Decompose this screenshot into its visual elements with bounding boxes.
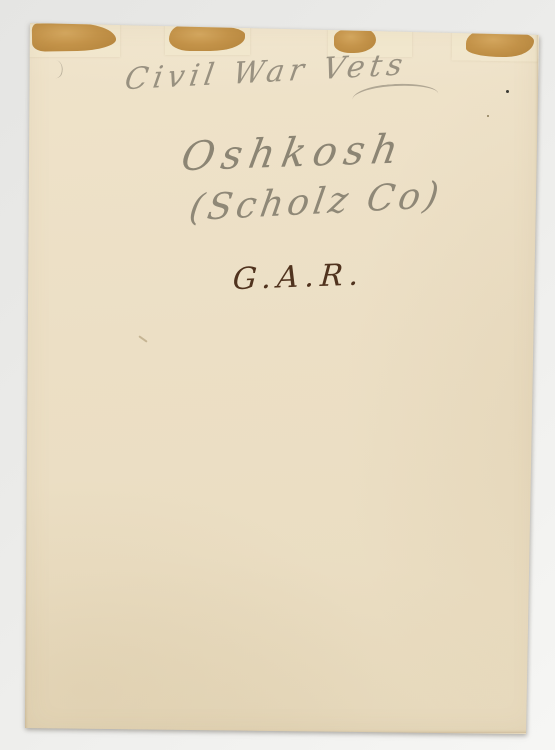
paper-shadow: Civil War Vets Oshkosh (Scholz Co) G.A.R…	[0, 0, 555, 750]
paper-scratch	[138, 335, 147, 342]
scan-backdrop: Civil War Vets Oshkosh (Scholz Co) G.A.R…	[0, 0, 555, 750]
paper-speck	[487, 115, 489, 117]
paper-speck	[506, 90, 509, 93]
handwriting-line-oshkosh: Oshkosh	[178, 126, 409, 180]
photo-back-paper: Civil War Vets Oshkosh (Scholz Co) G.A.R…	[0, 0, 555, 750]
tape-stain-4	[466, 30, 534, 57]
handwriting-line-gar-ink: G.A.R.	[232, 257, 366, 297]
stray-pencil-mark	[46, 59, 64, 80]
tape-stain-2	[169, 25, 245, 51]
handwriting-line-scholz-co: (Scholz Co)	[186, 175, 445, 230]
paper-edge-shading	[25, 22, 538, 733]
